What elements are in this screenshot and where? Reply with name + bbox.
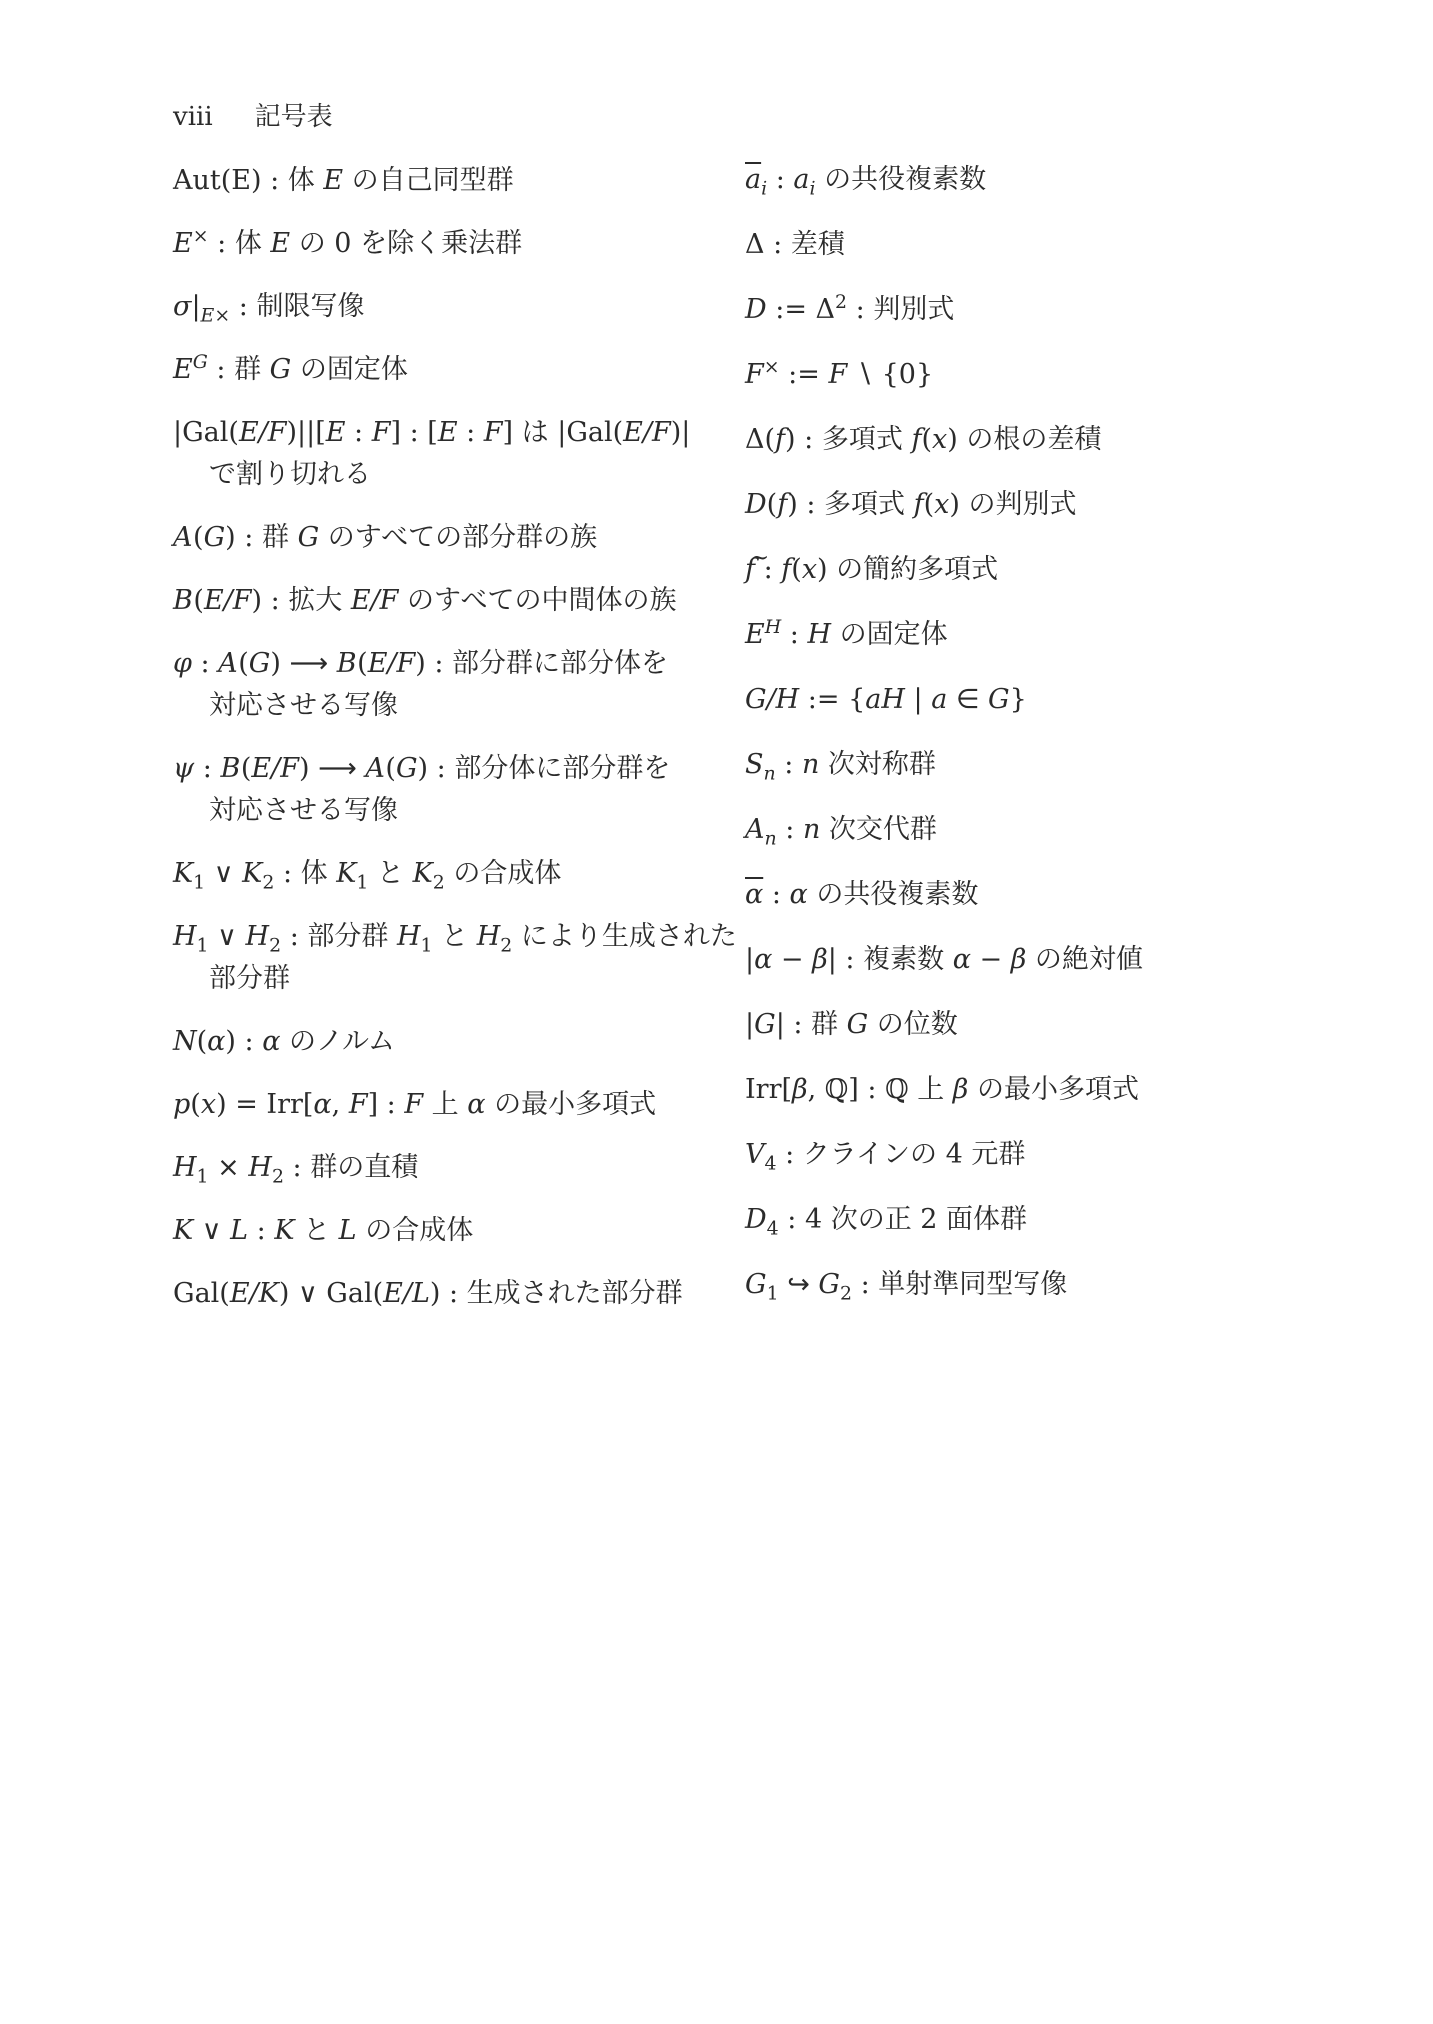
math-segment-t: (: [193, 522, 204, 553]
math-segment-sub: 1: [197, 934, 209, 956]
math-segment-t: :: [781, 619, 807, 650]
math-segment-i: H: [173, 921, 197, 952]
math-segment-t: )|: [671, 417, 691, 448]
math-segment-t: の固定体: [831, 619, 948, 650]
math-segment-t: :: [777, 814, 803, 845]
math-segment-t: 上: [423, 1089, 467, 1120]
math-segment-t: Gal(: [173, 1278, 230, 1309]
math-segment-sub: 1: [767, 1282, 779, 1304]
math-segment-t: 対応させる写像: [209, 795, 398, 826]
math-segment-t: 部分群: [209, 963, 290, 994]
math-segment-t: ): [279, 1278, 298, 1309]
math-segment-t: により生成された: [512, 921, 737, 952]
math-segment-sym: ×: [217, 1152, 240, 1183]
math-segment-i: a: [931, 684, 947, 715]
math-segment-t: と: [433, 921, 477, 952]
math-segment-t: |: [745, 1009, 754, 1040]
math-segment-sym: ∨: [217, 921, 237, 952]
symbol-entry: B(E/F) : 拡大 E/F のすべての中間体の族: [173, 580, 773, 622]
math-segment-i: G: [818, 1269, 840, 1300]
math-segment-sub: 1: [197, 1165, 209, 1187]
math-segment-sub: 4: [767, 1217, 779, 1239]
math-segment-t: 次対称群: [819, 749, 936, 780]
math-segment-i: E: [270, 228, 290, 259]
math-segment-t: −: [971, 944, 1011, 975]
symbol-entry: p(x) = Irr[α, F] : F 上 α の最小多項式: [173, 1084, 773, 1126]
math-segment-t: [979, 684, 988, 715]
math-segment-t: Aut(E) : 体: [173, 165, 323, 196]
symbol-entry: |G| : 群 G の位数: [745, 1003, 1225, 1047]
math-segment-i: K: [274, 1215, 294, 1246]
math-segment-t: [847, 359, 856, 390]
math-segment-t: (: [238, 648, 249, 679]
math-segment-i: D: [745, 1204, 767, 1235]
math-segment-i: E: [326, 417, 346, 448]
math-segment-sub: ×: [214, 304, 230, 326]
math-segment-i: β: [812, 944, 828, 975]
math-segment-t: の共役複素数: [816, 164, 987, 195]
math-segment-sym: ∈: [956, 684, 980, 715]
math-segment-i: E/F: [351, 585, 399, 616]
symbol-entry: f : f(x) の簡約多項式: [745, 548, 1225, 592]
math-segment-t: ] : [: [390, 417, 437, 448]
math-segment-t: |: [905, 684, 931, 715]
math-segment-bar: α: [745, 879, 763, 910]
symbol-entry: Irr[β, ℚ] : ℚ 上 β の最小多項式: [745, 1068, 1225, 1112]
math-segment-t: )||[: [286, 417, 325, 448]
math-segment-tilde: f: [745, 548, 755, 592]
math-segment-t: の最小多項式: [968, 1074, 1139, 1105]
math-segment-i: G: [754, 1009, 776, 1040]
symbol-entry: |Gal(E/F)||[E : F] : [E : F] は |Gal(E/F)…: [173, 412, 773, 496]
math-segment-t: ) = Irr[: [216, 1089, 313, 1120]
math-segment-isup: G: [193, 351, 208, 373]
math-segment-i: x: [802, 554, 817, 585]
math-segment-t: ,: [332, 1089, 349, 1120]
math-segment-t: [779, 1269, 788, 1300]
math-segment-i: α: [207, 1026, 225, 1057]
math-segment-i: E: [438, 417, 458, 448]
math-segment-t: と: [368, 858, 412, 889]
math-segment-i: K: [413, 858, 433, 889]
symbol-entry: N(α) : α のノルム: [173, 1021, 773, 1063]
math-segment-sup: ×: [193, 225, 209, 247]
math-segment-i: G: [270, 354, 292, 385]
math-segment-t: のすべての中間体の族: [398, 585, 676, 616]
math-segment-i: S: [745, 749, 764, 780]
math-segment-i: L: [230, 1215, 248, 1246]
math-segment-t: ) : 拡大: [251, 585, 350, 616]
symbol-entry: EG : 群 G の固定体: [173, 349, 773, 391]
math-segment-t: :=: [780, 359, 829, 390]
math-segment-t: | : 群: [776, 1009, 847, 1040]
math-segment-i: F: [372, 417, 391, 448]
symbol-entry: G/H := {aH | a ∈ G}: [745, 678, 1225, 722]
math-segment-i: D: [745, 294, 767, 325]
math-segment-i: β: [953, 1074, 969, 1105]
math-segment-i: A: [745, 814, 765, 845]
symbol-entry: Δ : 差積: [745, 223, 1225, 267]
math-segment-t: [947, 684, 956, 715]
math-segment-t: (: [924, 489, 935, 520]
math-segment-sub: 2: [500, 934, 512, 956]
math-segment-t: Irr[: [745, 1074, 792, 1105]
math-segment-i: α: [262, 1026, 280, 1057]
math-segment-sup: 2: [835, 291, 847, 313]
symbol-entry: D := Δ2 : 判別式: [745, 288, 1225, 332]
math-segment-i: F: [349, 1089, 368, 1120]
symbol-entry: Aut(E) : 体 E の自己同型群: [173, 160, 773, 202]
math-segment-t: [328, 648, 337, 679]
math-segment-t: (: [921, 424, 932, 455]
math-segment-t: |: [745, 944, 754, 975]
math-segment-i: p: [173, 1089, 190, 1120]
math-segment-isub: E: [201, 304, 215, 326]
math-segment-i: V: [745, 1139, 765, 1170]
math-segment-t: のすべての部分群の族: [319, 522, 597, 553]
math-segment-t: : 群の直積: [284, 1152, 418, 1183]
math-segment-sub: 2: [433, 871, 445, 893]
math-segment-i: E/F: [368, 648, 416, 679]
math-segment-i: ψ: [173, 753, 194, 784]
math-segment-t: : 体: [209, 228, 271, 259]
math-segment-sub: 2: [840, 1282, 852, 1304]
math-segment-i: F: [404, 1089, 423, 1120]
math-segment-t: {0}: [873, 359, 933, 390]
math-segment-scr: B: [220, 753, 240, 784]
math-segment-t: :: [192, 648, 218, 679]
math-segment-t: (: [193, 585, 204, 616]
math-segment-t: := Δ: [767, 294, 835, 325]
math-segment-t: Δ : 差積: [745, 229, 845, 260]
math-segment-i: G: [745, 1269, 767, 1300]
math-segment-i: K: [242, 858, 262, 889]
math-segment-t: : 判別式: [847, 294, 954, 325]
symbol-entry: Sn : n 次対称群: [745, 743, 1225, 787]
math-segment-t: }: [1010, 684, 1027, 715]
math-segment-i: G/H: [745, 684, 799, 715]
math-segment-t: の絶対値: [1026, 944, 1143, 975]
math-segment-t: 次交代群: [820, 814, 937, 845]
math-segment-t: : 4 次の正 2 面体群: [779, 1204, 1027, 1235]
math-segment-i: K: [173, 858, 193, 889]
math-segment-t: [205, 858, 214, 889]
math-segment-t: : 部分群: [281, 921, 397, 952]
math-segment-t: ) : 群: [225, 522, 297, 553]
math-segment-t: の共役複素数: [808, 879, 979, 910]
math-segment-sub: 2: [269, 934, 281, 956]
math-segment-t: (: [241, 753, 252, 784]
math-segment-i: E/F: [251, 753, 299, 784]
math-segment-i: φ: [173, 648, 192, 679]
math-segment-i: E/F: [204, 585, 252, 616]
math-segment-sym: ⟶: [318, 753, 357, 784]
math-segment-t: (: [190, 1089, 201, 1120]
math-segment-t: ): [299, 753, 318, 784]
math-segment-sub: 4: [765, 1152, 777, 1174]
symbol-entry: An : n 次交代群: [745, 808, 1225, 852]
math-segment-i: F: [745, 359, 764, 390]
symbol-entry: H1 × H2 : 群の直積: [173, 1147, 773, 1189]
math-segment-i: α: [790, 879, 808, 910]
math-segment-sym: ∨: [214, 858, 234, 889]
math-segment-t: ) の簡約多項式: [817, 554, 998, 585]
math-segment-i: G: [396, 753, 418, 784]
math-segment-sub: 1: [356, 871, 368, 893]
math-segment-t: ) : 部分体に部分群を: [418, 753, 671, 784]
math-segment-i: β: [792, 1074, 808, 1105]
math-segment-isub: n: [764, 762, 776, 784]
math-segment-i: f: [911, 424, 921, 455]
symbol-entry: EH : H の固定体: [745, 613, 1225, 657]
math-segment-t: の自己同型群: [343, 165, 514, 196]
math-segment-t: Gal(: [318, 1278, 383, 1309]
math-segment-sym: ∨: [202, 1215, 222, 1246]
math-segment-i: f: [781, 554, 791, 585]
math-segment-t: : 体: [274, 858, 336, 889]
math-segment-i: α: [467, 1089, 485, 1120]
math-segment-t: のノルム: [280, 1026, 394, 1057]
math-segment-t: で割り切れる: [209, 459, 371, 490]
math-segment-i: G: [298, 522, 320, 553]
math-segment-t: の固定体: [291, 354, 408, 385]
math-segment-t: |Gal(: [173, 417, 239, 448]
math-segment-t: :: [248, 1215, 274, 1246]
math-segment-i: α: [754, 944, 772, 975]
math-segment-t: : 制限写像: [230, 291, 364, 322]
math-segment-t: と: [295, 1215, 339, 1246]
math-segment-sub: 1: [421, 934, 433, 956]
symbol-entry: ψ : B(E/F) ⟶ A(G) : 部分体に部分群を対応させる写像: [173, 748, 773, 832]
math-segment-i: a: [793, 164, 809, 195]
math-segment-sym: ∖: [856, 359, 873, 390]
math-segment-sub: 1: [193, 871, 205, 893]
math-segment-sym: ↪: [787, 1269, 810, 1300]
math-segment-t: |: [191, 291, 200, 322]
math-segment-t: ) の判別式: [949, 489, 1076, 520]
math-segment-isub: n: [765, 827, 777, 849]
math-segment-i: E/L: [383, 1278, 430, 1309]
math-segment-t: [193, 1215, 202, 1246]
math-segment-t: : クラインの 4 元群: [777, 1139, 1026, 1170]
math-segment-i: E/F: [623, 417, 671, 448]
math-segment-t: (: [357, 648, 368, 679]
math-segment-i: H: [807, 619, 831, 650]
math-segment-scr: A: [365, 753, 385, 784]
math-segment-t: : 単射準同型写像: [852, 1269, 1067, 1300]
symbol-entry: G1 ↪ G2 : 単射準同型写像: [745, 1263, 1225, 1307]
math-segment-t: (: [385, 753, 396, 784]
symbol-entry: D(f) : 多項式 f(x) の判別式: [745, 483, 1225, 527]
math-segment-t: :: [763, 879, 789, 910]
math-segment-t: ] :: [368, 1089, 405, 1120]
math-segment-i: α: [953, 944, 971, 975]
math-segment-isup: H: [765, 616, 781, 638]
math-segment-i: E: [745, 619, 765, 650]
symbol-entry: K ∨ L : K と L の合成体: [173, 1210, 773, 1252]
math-segment-t: ] は |Gal(: [503, 417, 624, 448]
math-segment-scr: A: [218, 648, 238, 679]
math-segment-i: K: [336, 858, 356, 889]
math-segment-i: G: [249, 648, 271, 679]
math-segment-i: G: [204, 522, 226, 553]
math-segment-i: D: [745, 489, 767, 520]
math-segment-t: −: [772, 944, 812, 975]
symbol-entry: F× := F ∖ {0}: [745, 353, 1225, 397]
math-segment-i: E: [323, 165, 343, 196]
symbol-entry: E× : 体 E の 0 を除く乗法群: [173, 223, 773, 265]
math-segment-i: f: [777, 489, 787, 520]
math-segment-i: f: [775, 424, 785, 455]
math-segment-sym: ⟶: [289, 648, 328, 679]
math-segment-i: H: [397, 921, 421, 952]
math-segment-t: の 0 を除く乗法群: [290, 228, 522, 259]
math-segment-t: , ℚ] : ℚ 上: [808, 1074, 953, 1105]
math-segment-sym: ∨: [298, 1278, 318, 1309]
math-segment-i: E/F: [239, 417, 287, 448]
math-segment-scr: B: [173, 585, 193, 616]
math-segment-t: ) : 多項式: [785, 424, 911, 455]
math-segment-i: f: [914, 489, 924, 520]
symbol-entry: |α − β| : 複素数 α − β の絶対値: [745, 938, 1225, 982]
math-segment-t: :: [458, 417, 484, 448]
math-segment-scr: A: [173, 522, 193, 553]
math-segment-i: H: [477, 921, 501, 952]
math-segment-bar: a: [745, 164, 761, 195]
math-segment-i: x: [932, 424, 947, 455]
math-segment-t: の合成体: [357, 1215, 474, 1246]
math-segment-i: H: [246, 921, 270, 952]
math-segment-t: ) : 多項式: [787, 489, 913, 520]
symbol-entry: Gal(E/K) ∨ Gal(E/L) : 生成された部分群: [173, 1273, 773, 1315]
math-segment-i: x: [201, 1089, 216, 1120]
math-segment-i: n: [802, 749, 819, 780]
symbol-column-left: Aut(E) : 体 E の自己同型群E× : 体 E の 0 を除く乗法群σ|…: [173, 160, 773, 1336]
page-header: viii記号表: [173, 100, 333, 134]
symbol-entry: K1 ∨ K2 : 体 K1 と K2 の合成体: [173, 853, 773, 895]
math-segment-i: L: [339, 1215, 357, 1246]
math-segment-t: ): [270, 648, 289, 679]
math-segment-i: x: [934, 489, 949, 520]
math-segment-i: E/K: [230, 1278, 279, 1309]
math-segment-t: :: [345, 417, 371, 448]
math-segment-t: | : 複素数: [828, 944, 953, 975]
math-segment-sup: ×: [764, 356, 780, 378]
math-segment-i: σ: [173, 291, 191, 322]
math-segment-t: (: [197, 1026, 208, 1057]
math-segment-i: α: [313, 1089, 331, 1120]
math-segment-scr: B: [337, 648, 357, 679]
math-segment-i: K: [173, 1215, 193, 1246]
math-segment-t: : 群: [208, 354, 270, 385]
symbol-column-right: ai : ai の共役複素数Δ : 差積D := Δ2 : 判別式F× := F…: [745, 158, 1225, 1328]
math-segment-t: [222, 1215, 231, 1246]
math-segment-t: [209, 1152, 218, 1183]
page-title: 記号表: [255, 100, 333, 134]
page-number: viii: [173, 100, 213, 134]
math-segment-t: ) :: [225, 1026, 262, 1057]
math-segment-t: [234, 858, 243, 889]
math-segment-t: の合成体: [445, 858, 562, 889]
math-segment-i: F: [828, 359, 847, 390]
symbol-entry: D4 : 4 次の正 2 面体群: [745, 1198, 1225, 1242]
math-segment-i: aH: [865, 684, 905, 715]
math-segment-i: G: [847, 1009, 869, 1040]
symbol-entry: α : α の共役複素数: [745, 873, 1225, 917]
math-segment-i: N: [173, 1026, 197, 1057]
math-segment-t: :: [194, 753, 220, 784]
symbol-entry: σ|E× : 制限写像: [173, 286, 773, 328]
symbol-entry: V4 : クラインの 4 元群: [745, 1133, 1225, 1177]
math-segment-i: E: [173, 228, 193, 259]
math-segment-t: :: [767, 164, 793, 195]
math-segment-i: H: [248, 1152, 272, 1183]
math-segment-t: [209, 921, 218, 952]
math-segment-t: (: [767, 489, 778, 520]
math-segment-t: := {: [799, 684, 865, 715]
math-segment-t: Δ(: [745, 424, 775, 455]
math-segment-i: F: [484, 417, 503, 448]
math-segment-i: β: [1011, 944, 1027, 975]
symbol-entry: Δ(f) : 多項式 f(x) の根の差積: [745, 418, 1225, 462]
symbol-entry: A(G) : 群 G のすべての部分群の族: [173, 517, 773, 559]
math-segment-t: ) : 部分群に部分体を: [415, 648, 668, 679]
math-segment-t: の最小多項式: [486, 1089, 657, 1120]
math-segment-t: ) : 生成された部分群: [430, 1278, 683, 1309]
math-segment-i: G: [988, 684, 1010, 715]
symbol-entry: H1 ∨ H2 : 部分群 H1 と H2 により生成された部分群: [173, 916, 773, 1000]
math-segment-i: n: [803, 814, 820, 845]
math-segment-i: E: [173, 354, 193, 385]
math-segment-t: (: [791, 554, 802, 585]
symbol-entry: φ : A(G) ⟶ B(E/F) : 部分群に部分体を対応させる写像: [173, 643, 773, 727]
math-segment-t: :: [776, 749, 802, 780]
math-segment-t: 対応させる写像: [209, 690, 398, 721]
math-segment-sub: 2: [272, 1165, 284, 1187]
math-segment-sub: 2: [262, 871, 274, 893]
math-segment-t: ) の根の差積: [947, 424, 1101, 455]
page: viii記号表 Aut(E) : 体 E の自己同型群E× : 体 E の 0 …: [0, 0, 1433, 2024]
math-segment-i: H: [173, 1152, 197, 1183]
math-segment-t: [237, 921, 246, 952]
symbol-entry: ai : ai の共役複素数: [745, 158, 1225, 202]
math-segment-t: の位数: [868, 1009, 958, 1040]
